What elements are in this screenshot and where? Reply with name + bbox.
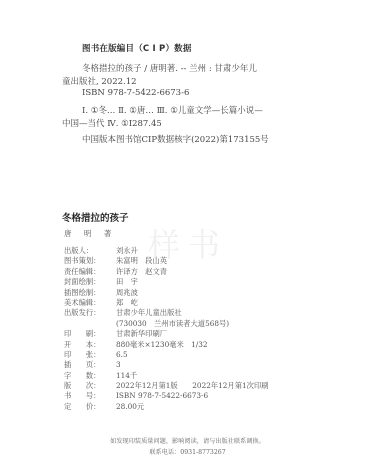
credit-label: 定 价：	[64, 402, 116, 412]
credit-label: 版 次：	[64, 381, 116, 391]
credit-value: 刘永升	[116, 246, 138, 256]
credit-label: 字 数：	[64, 371, 116, 381]
credit-row: 印 张：6.5	[64, 350, 269, 360]
credit-row: 美术编辑：郑 屹	[64, 298, 269, 308]
credit-value: 6.5	[116, 350, 128, 360]
credit-value: 28.00元	[116, 402, 144, 412]
credit-row: 插 页：3	[64, 360, 269, 370]
credit-row: 图书策划：朱富明 段山英	[64, 256, 269, 266]
book-title: 冬格措拉的孩子	[62, 210, 129, 224]
credit-value: 许译方 赵文青	[116, 267, 167, 277]
credit-label: 责任编辑：	[64, 267, 116, 277]
credit-value: 朱富明 段山英	[116, 256, 167, 266]
cip-isbn: ISBN 978-7-5422-6673-6	[82, 88, 189, 98]
credit-row: 封面绘制：田 宇	[64, 277, 269, 287]
credit-row: 印 刷：甘肃新华印刷厂	[64, 329, 269, 339]
credit-value: 114千	[116, 371, 137, 381]
credit-row-address: (730030 兰州市读者大道568号)	[64, 319, 269, 329]
credit-label: 图书策划：	[64, 256, 116, 266]
credit-row: 定 价：28.00元	[64, 402, 269, 412]
credit-label: 封面绘制：	[64, 277, 116, 287]
cip-line-1: 冬格措拉的孩子 / 唐明著. -- 兰州 : 甘肃少年儿	[82, 62, 257, 74]
credit-value: 2022年12月第1版 2022年12月第1次印刷	[116, 381, 269, 391]
credit-label: 插图绘制：	[64, 288, 116, 298]
contact-phone: 联系电话：0931-8773267	[0, 447, 375, 456]
cip-record-number: 中国版本图书馆CIP数据核字(2022)第173155号	[82, 133, 269, 145]
credit-value: 880毫米×1230毫米 1/32	[116, 340, 207, 350]
credit-value: 周兆波	[116, 288, 138, 298]
credit-value: 郑 屹	[116, 298, 138, 308]
credit-value: (730030 兰州市读者大道568号)	[116, 319, 229, 329]
credit-label: 插 页：	[64, 360, 116, 370]
book-author: 唐 明 著	[64, 228, 116, 239]
credit-value: ISBN 978-7-5422-6673-6	[116, 391, 208, 401]
credit-row: 字 数：114千	[64, 371, 269, 381]
credit-label: 出版人：	[64, 246, 116, 256]
credit-value: 甘肃新华印刷厂	[116, 329, 167, 339]
credit-row: 出版人：刘永升	[64, 246, 269, 256]
cip-line-2: 童出版社, 2022.12	[62, 75, 137, 87]
credit-row: 责任编辑：许译方 赵文青	[64, 267, 269, 277]
credit-row: 书 号：ISBN 978-7-5422-6673-6	[64, 391, 269, 401]
credit-row: 出版发行：甘肃少年儿童出版社	[64, 308, 269, 318]
credit-label	[64, 319, 116, 329]
credit-value: 3	[116, 360, 121, 370]
cip-heading: 图书在版编目（C I P）数据	[82, 42, 192, 54]
cip-classification-1: Ⅰ. ①冬… Ⅱ. ①唐… Ⅲ. ①儿童文学—长篇小说—	[82, 104, 263, 116]
credit-value: 甘肃少年儿童出版社	[116, 308, 182, 318]
credit-label: 印 刷：	[64, 329, 116, 339]
credit-row: 插图绘制：周兆波	[64, 288, 269, 298]
credits-list: 出版人：刘永升 图书策划：朱富明 段山英 责任编辑：许译方 赵文青 封面绘制：田…	[64, 246, 269, 412]
credit-row: 开 本：880毫米×1230毫米 1/32	[64, 340, 269, 350]
quality-notice: 如发现印装质量问题，影响阅读，请与出版社联系调换。	[0, 436, 375, 445]
credit-label: 出版发行：	[64, 308, 116, 318]
credit-label: 美术编辑：	[64, 298, 116, 308]
credit-value: 田 宇	[116, 277, 138, 287]
credit-row: 版 次：2022年12月第1版 2022年12月第1次印刷	[64, 381, 269, 391]
cip-classification-2: 中国—当代 Ⅳ. ①I287.45	[62, 117, 162, 129]
credit-label: 开 本：	[64, 340, 116, 350]
credit-label: 书 号：	[64, 391, 116, 401]
credit-label: 印 张：	[64, 350, 116, 360]
